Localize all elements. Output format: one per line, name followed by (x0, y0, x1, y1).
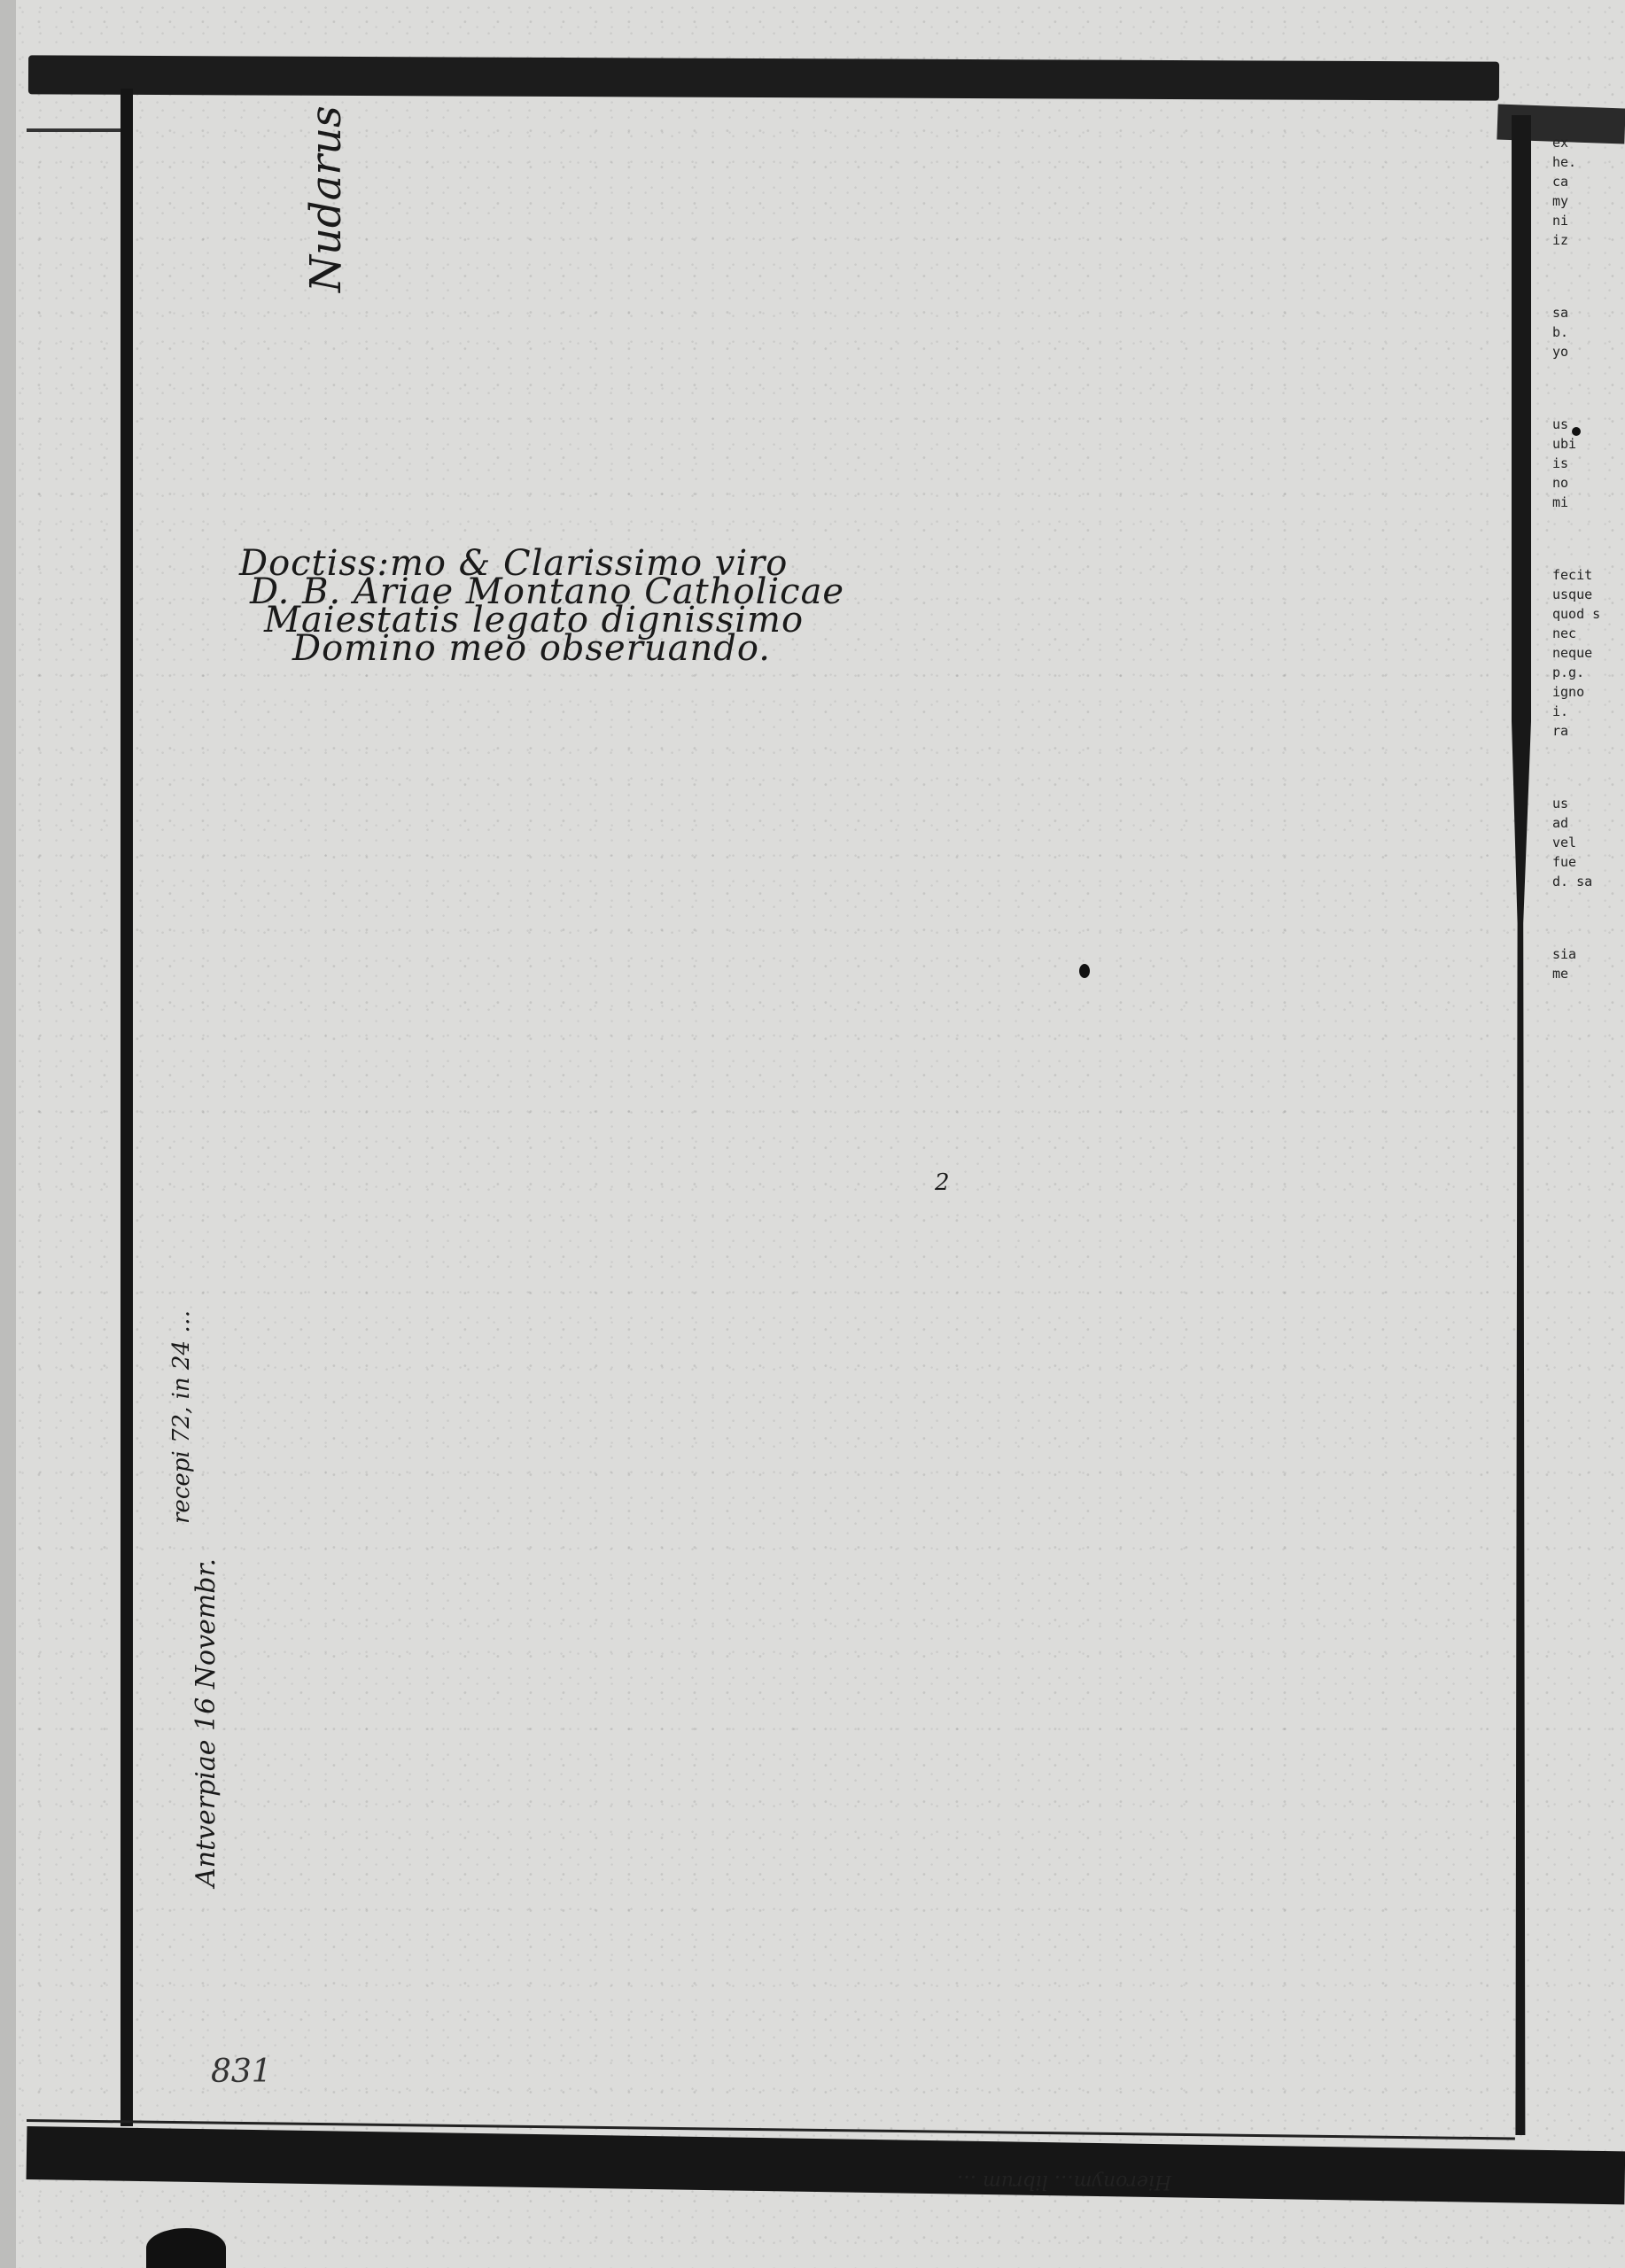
bleedthrough-line: ex (1552, 133, 1625, 152)
scan-edge (0, 0, 16, 2268)
left-fold-line (121, 89, 133, 2126)
address-line: Domino meo obseruando. (292, 634, 844, 663)
bleedthrough-line: sa (1552, 303, 1625, 322)
ink-dot (1572, 427, 1581, 436)
bleedthrough-line: ad (1552, 813, 1625, 833)
bleedthrough-line: igno (1552, 682, 1625, 702)
bleedthrough-line: is (1552, 454, 1625, 473)
docket-note: Nudarus (301, 105, 351, 292)
docket-text: Nudarus (301, 105, 351, 292)
bleedthrough-line: b. (1552, 322, 1625, 342)
receipt-text: recepi 72, in 24 … (168, 1310, 195, 1524)
ink-blot (146, 2228, 226, 2268)
bleedthrough-line: ca (1552, 172, 1625, 191)
bleedthrough-line: ra (1552, 721, 1625, 741)
bleedthrough-line: d. sa (1552, 872, 1625, 891)
date-text: Antverpiae 16 Novembr. (190, 1558, 222, 1887)
bleedthrough-line: sia (1552, 944, 1625, 964)
bleedthrough-line: us (1552, 794, 1625, 813)
bleedthrough-line: yo (1552, 342, 1625, 361)
bleedthrough-line: no (1552, 473, 1625, 493)
inverted-bleedthrough-text: Hieronym… librum … (957, 2171, 1171, 2193)
address-block: Doctiss:mo & Clarissimo viro D. B. Ariae… (239, 549, 844, 663)
bleedthrough-line: nec (1552, 624, 1625, 643)
document-page (16, 0, 1625, 2268)
top-border-shadow (28, 55, 1499, 100)
bleedthrough-line: iz (1552, 230, 1625, 250)
bleedthrough-line: mi (1552, 493, 1625, 512)
folio-number: 831 (211, 2054, 272, 2090)
stray-mark: 2 (935, 1169, 950, 1196)
ink-dot (1079, 964, 1090, 978)
right-margin-bleedthrough: exhe.camyniizsab.yousubiisnomifecitusque… (1552, 133, 1625, 2082)
bleedthrough-line: vel (1552, 833, 1625, 852)
bleedthrough-line: us (1552, 415, 1625, 434)
bleedthrough-line: neque (1552, 643, 1625, 663)
bleedthrough-line: usque (1552, 585, 1625, 604)
bleedthrough-line: my (1552, 191, 1625, 211)
left-margin-tick (27, 128, 124, 132)
bleedthrough-line: fecit (1552, 565, 1625, 585)
bleedthrough-line: ubi (1552, 434, 1625, 454)
bleedthrough-line: he. (1552, 152, 1625, 172)
bleedthrough-line: p.g. (1552, 663, 1625, 682)
margin-date-note: Antverpiae 16 Novembr. (190, 1558, 222, 1887)
bleedthrough-line: fue (1552, 852, 1625, 872)
bleedthrough-line: i. (1552, 702, 1625, 721)
bleedthrough-line: quod s (1552, 604, 1625, 624)
bleedthrough-line: ni (1552, 211, 1625, 230)
bleedthrough-line: me (1552, 964, 1625, 983)
margin-receipt-note: recepi 72, in 24 … (168, 1310, 195, 1524)
